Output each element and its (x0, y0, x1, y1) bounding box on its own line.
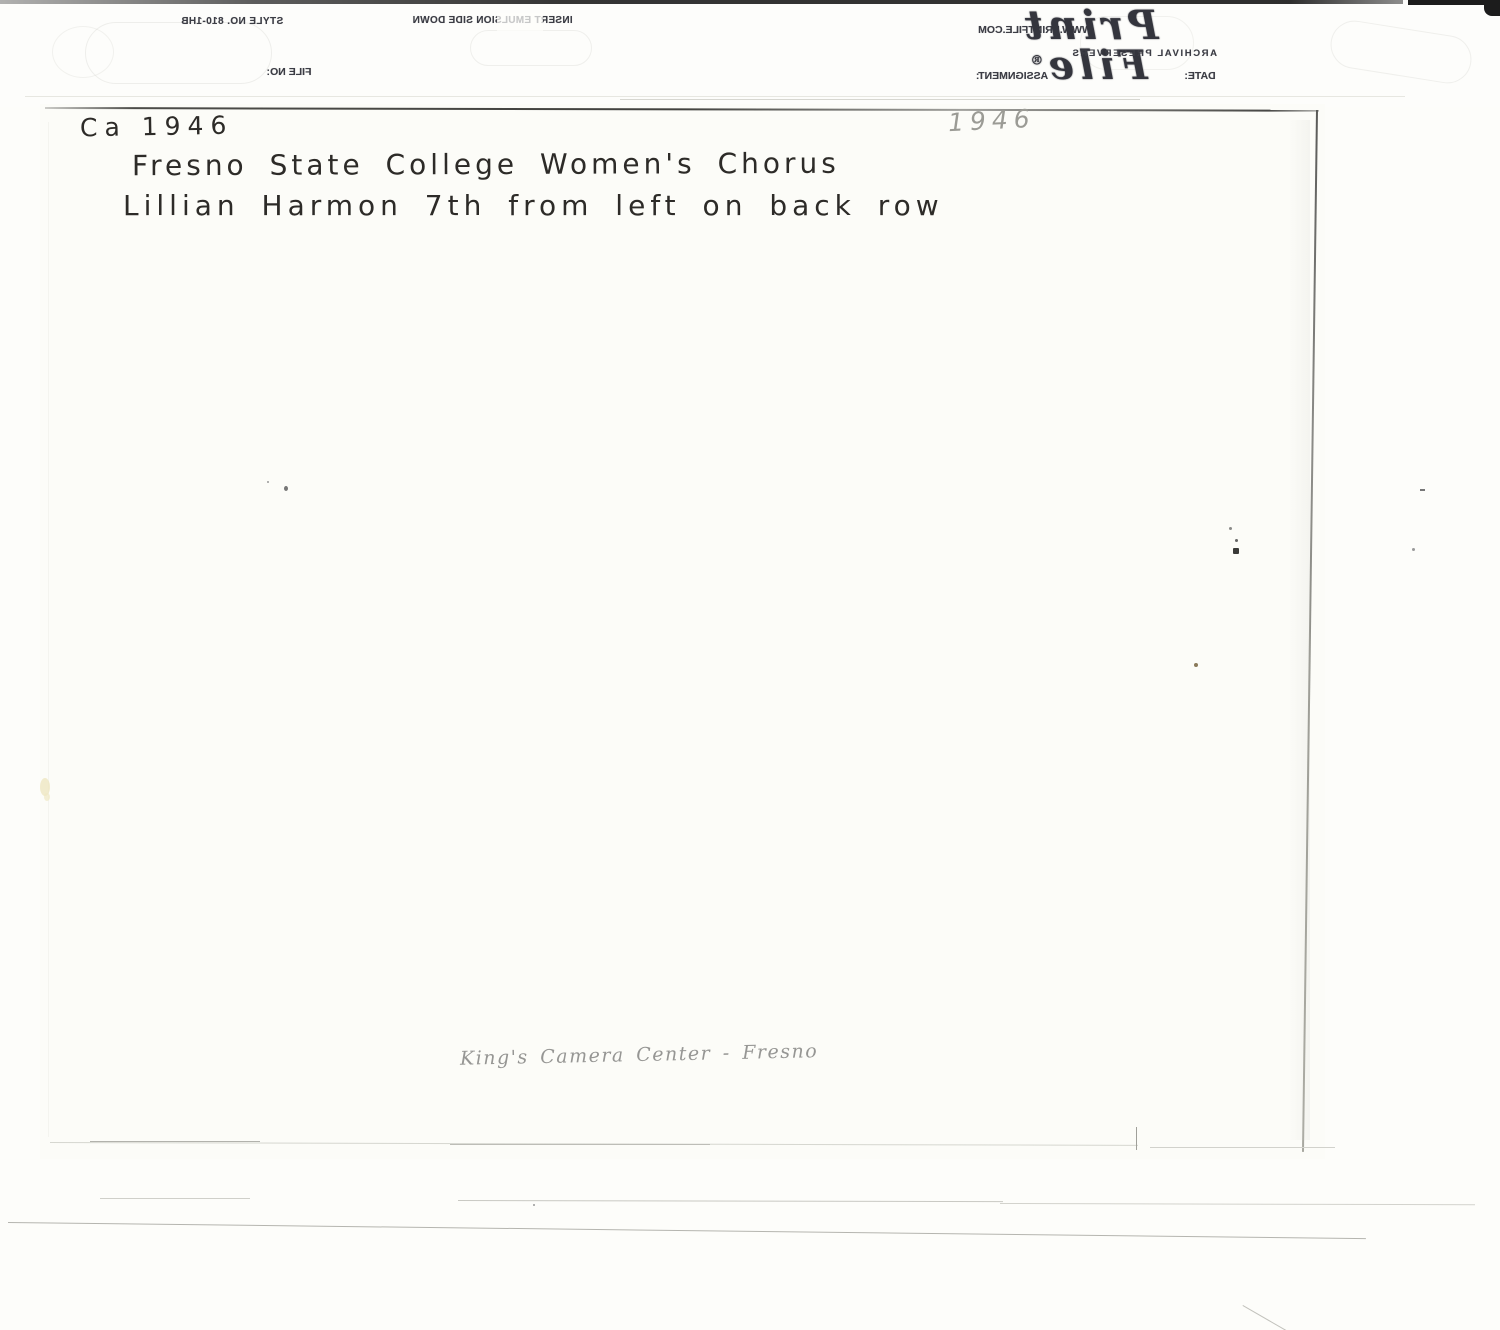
file-no-text: FILE NO: (258, 66, 320, 78)
print-wear-smudge (497, 13, 543, 31)
scan-page: STYLE NO. 810-1HB INSERT EMULSION SIDE D… (0, 0, 1500, 1330)
scanner-corner-blob (1484, 0, 1500, 16)
photo-back (40, 104, 1325, 1159)
bottom-crease-line (1000, 1203, 1475, 1205)
photo-bottom-edge-dark (450, 1144, 710, 1145)
handwriting-title-line: Fresno State College Women's Chorus (132, 147, 840, 182)
photo-left-fold (48, 122, 49, 1137)
scanner-edge-band (0, 0, 1403, 4)
bottom-fold-line (8, 1222, 1366, 1239)
pencil-year: 1946 (947, 104, 1036, 138)
dust-speck (1229, 527, 1232, 530)
handwriting-circa-line: Ca 1946 (80, 111, 234, 143)
sleeve-strip: STYLE NO. 810-1HB INSERT EMULSION SIDE D… (0, 0, 1500, 107)
style-no-text: STYLE NO. 810-1HB (175, 16, 289, 27)
bottom-crease-line (458, 1200, 1003, 1202)
insert-note-text: INSERT EMULSION SIDE DOWN (395, 15, 590, 26)
date-label: DATE: (1182, 70, 1218, 82)
dust-speck (284, 486, 288, 491)
photo-corner-nick (1136, 1127, 1137, 1150)
dust-speck-brown (1194, 663, 1198, 667)
sleeve-diecut-arc (52, 26, 114, 78)
sleeve-crease-line-dark (620, 99, 1140, 100)
sleeve-diecut-arc (1327, 17, 1475, 87)
dust-speck-large (1233, 548, 1239, 554)
sleeve-crease-line (25, 96, 1405, 97)
sleeve-diecut-arc (470, 30, 592, 66)
dust-speck-dash (1420, 489, 1425, 491)
assignment-label: ASSIGNMENT: (975, 70, 1049, 82)
brand-registered-mark: ® (1030, 54, 1043, 69)
dust-speck (1412, 548, 1415, 551)
dust-speck (267, 481, 269, 483)
photo-bottom-edge-fade (1150, 1147, 1335, 1148)
dust-speck (1235, 539, 1238, 542)
stain-yellow-small (44, 793, 50, 801)
photo-bottom-edge-dark (90, 1141, 260, 1142)
bottom-crease-line (100, 1198, 250, 1199)
dust-speck (533, 1204, 535, 1206)
brand-tagline: ARCHIVAL PRESERVERS (1077, 48, 1217, 59)
photo-right-edge-shadow (1288, 120, 1310, 1140)
corner-crease (1243, 1305, 1297, 1330)
handwriting-subject-line: Lillian Harmon 7th from left on back row (123, 189, 944, 222)
